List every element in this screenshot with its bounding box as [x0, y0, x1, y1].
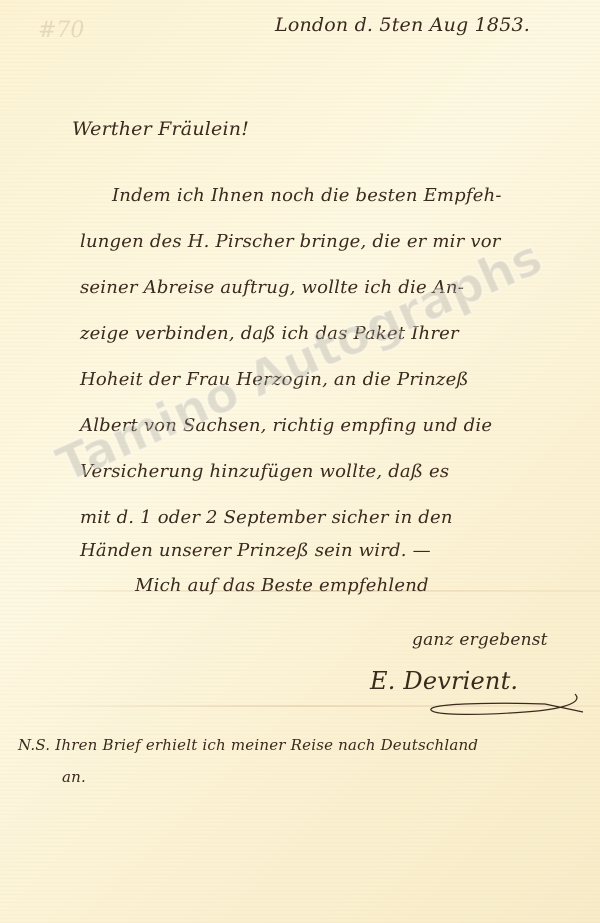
body-line: Indem ich Ihnen noch die besten Empfeh- [112, 185, 502, 206]
body-line: zeige verbinden, daß ich das Paket Ihrer [80, 323, 459, 344]
pencil-number: #70 [38, 18, 84, 43]
body-line: seiner Abreise auftrug, wollte ich die A… [80, 277, 464, 298]
body-line: mit d. 1 oder 2 September sicher in den [80, 507, 453, 528]
dateline: London d. 5ten Aug 1853. [275, 14, 530, 36]
salutation: Werther Fräulein! [72, 118, 249, 140]
signature-flourish [425, 690, 585, 720]
body-line: lungen des H. Pirscher bringe, die er mi… [80, 231, 501, 252]
postscript-line: an. [62, 768, 86, 786]
body-line: Hoheit der Frau Herzogin, an die Prinzeß [80, 369, 469, 390]
closing: ganz ergebenst [412, 630, 548, 650]
body-line: Mich auf das Beste empfehlend [135, 575, 429, 596]
body-line: Versicherung hinzufügen wollte, daß es [80, 461, 449, 482]
postscript-line: N.S. Ihren Brief erhielt ich meiner Reis… [18, 736, 478, 754]
body-line: Händen unserer Prinzeß sein wird. — [80, 540, 431, 561]
body-line: Albert von Sachsen, richtig empfing und … [80, 415, 492, 436]
